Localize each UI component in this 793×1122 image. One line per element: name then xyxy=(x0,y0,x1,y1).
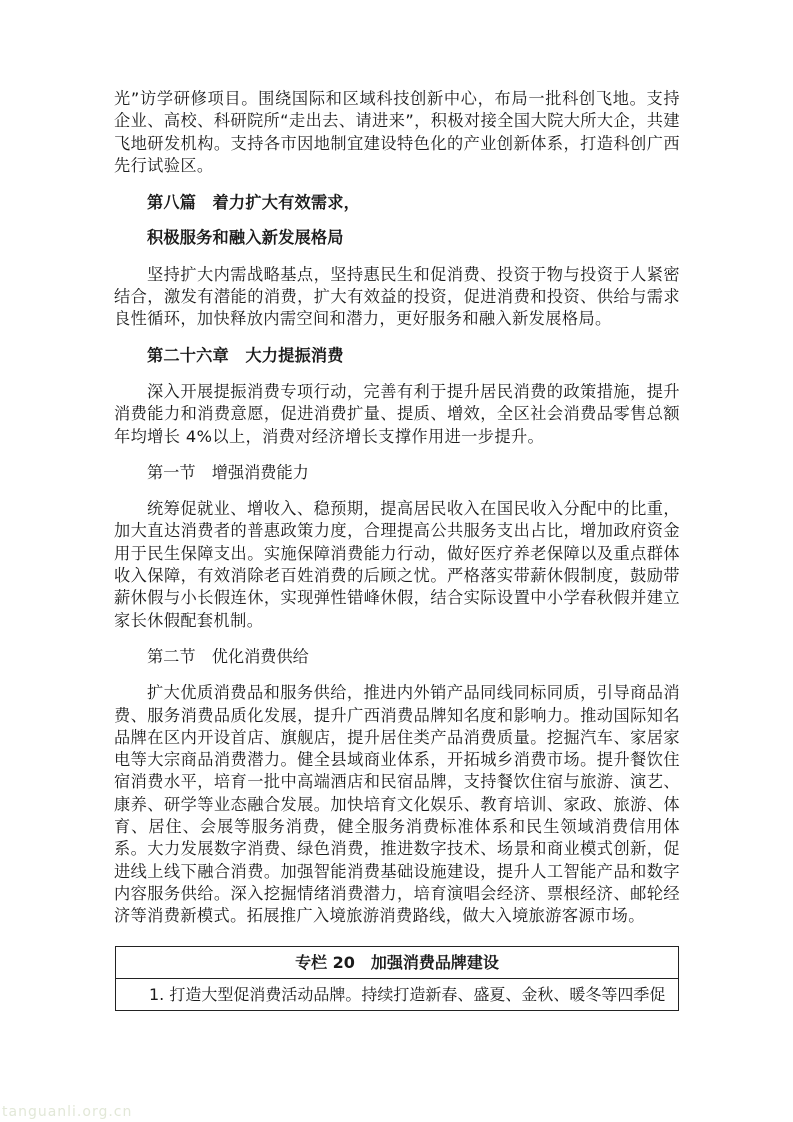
part-title-line2: 积极服务和融入新发展格局 xyxy=(114,227,680,249)
feature-box-item: 1. 打造大型促消费活动品牌。持续打造新春、盛夏、金秋、暖冬等四季促 xyxy=(116,979,678,1010)
chapter-title: 第二十六章 大力提振消费 xyxy=(114,345,680,367)
section1-paragraph: 统筹促就业、增收入、稳预期，提高居民收入在国民收入分配中的比重，加大直达消费者的… xyxy=(114,498,680,632)
section1-title: 第一节 增强消费能力 xyxy=(114,462,680,484)
section2-title: 第二节 优化消费供给 xyxy=(114,646,680,668)
feature-box-title: 专栏 20 加强消费品牌建设 xyxy=(116,947,678,979)
document-page: 光”访学研修项目。围绕国际和区域科技创新中心，布局一批科创飞地。支持企业、高校、… xyxy=(114,88,680,928)
intro-paragraph: 光”访学研修项目。围绕国际和区域科技创新中心，布局一批科创飞地。支持企业、高校、… xyxy=(114,88,680,177)
part-paragraph: 坚持扩大内需战略基点，坚持惠民生和促消费、投资于物与投资于人紧密结合，激发有潜能… xyxy=(114,264,680,331)
watermark: tanguanli.org.cn xyxy=(2,1104,132,1120)
section2-paragraph: 扩大优质消费品和服务供给，推进内外销产品同线同标同质，引导商品消费、服务消费品质… xyxy=(114,682,680,927)
feature-box: 专栏 20 加强消费品牌建设 1. 打造大型促消费活动品牌。持续打造新春、盛夏、… xyxy=(115,946,679,1011)
part-title-line1: 第八篇 着力扩大有效需求， xyxy=(114,192,680,214)
chapter-paragraph: 深入开展提振消费专项行动，完善有利于提升居民消费的政策措施，提升消费能力和消费意… xyxy=(114,381,680,448)
